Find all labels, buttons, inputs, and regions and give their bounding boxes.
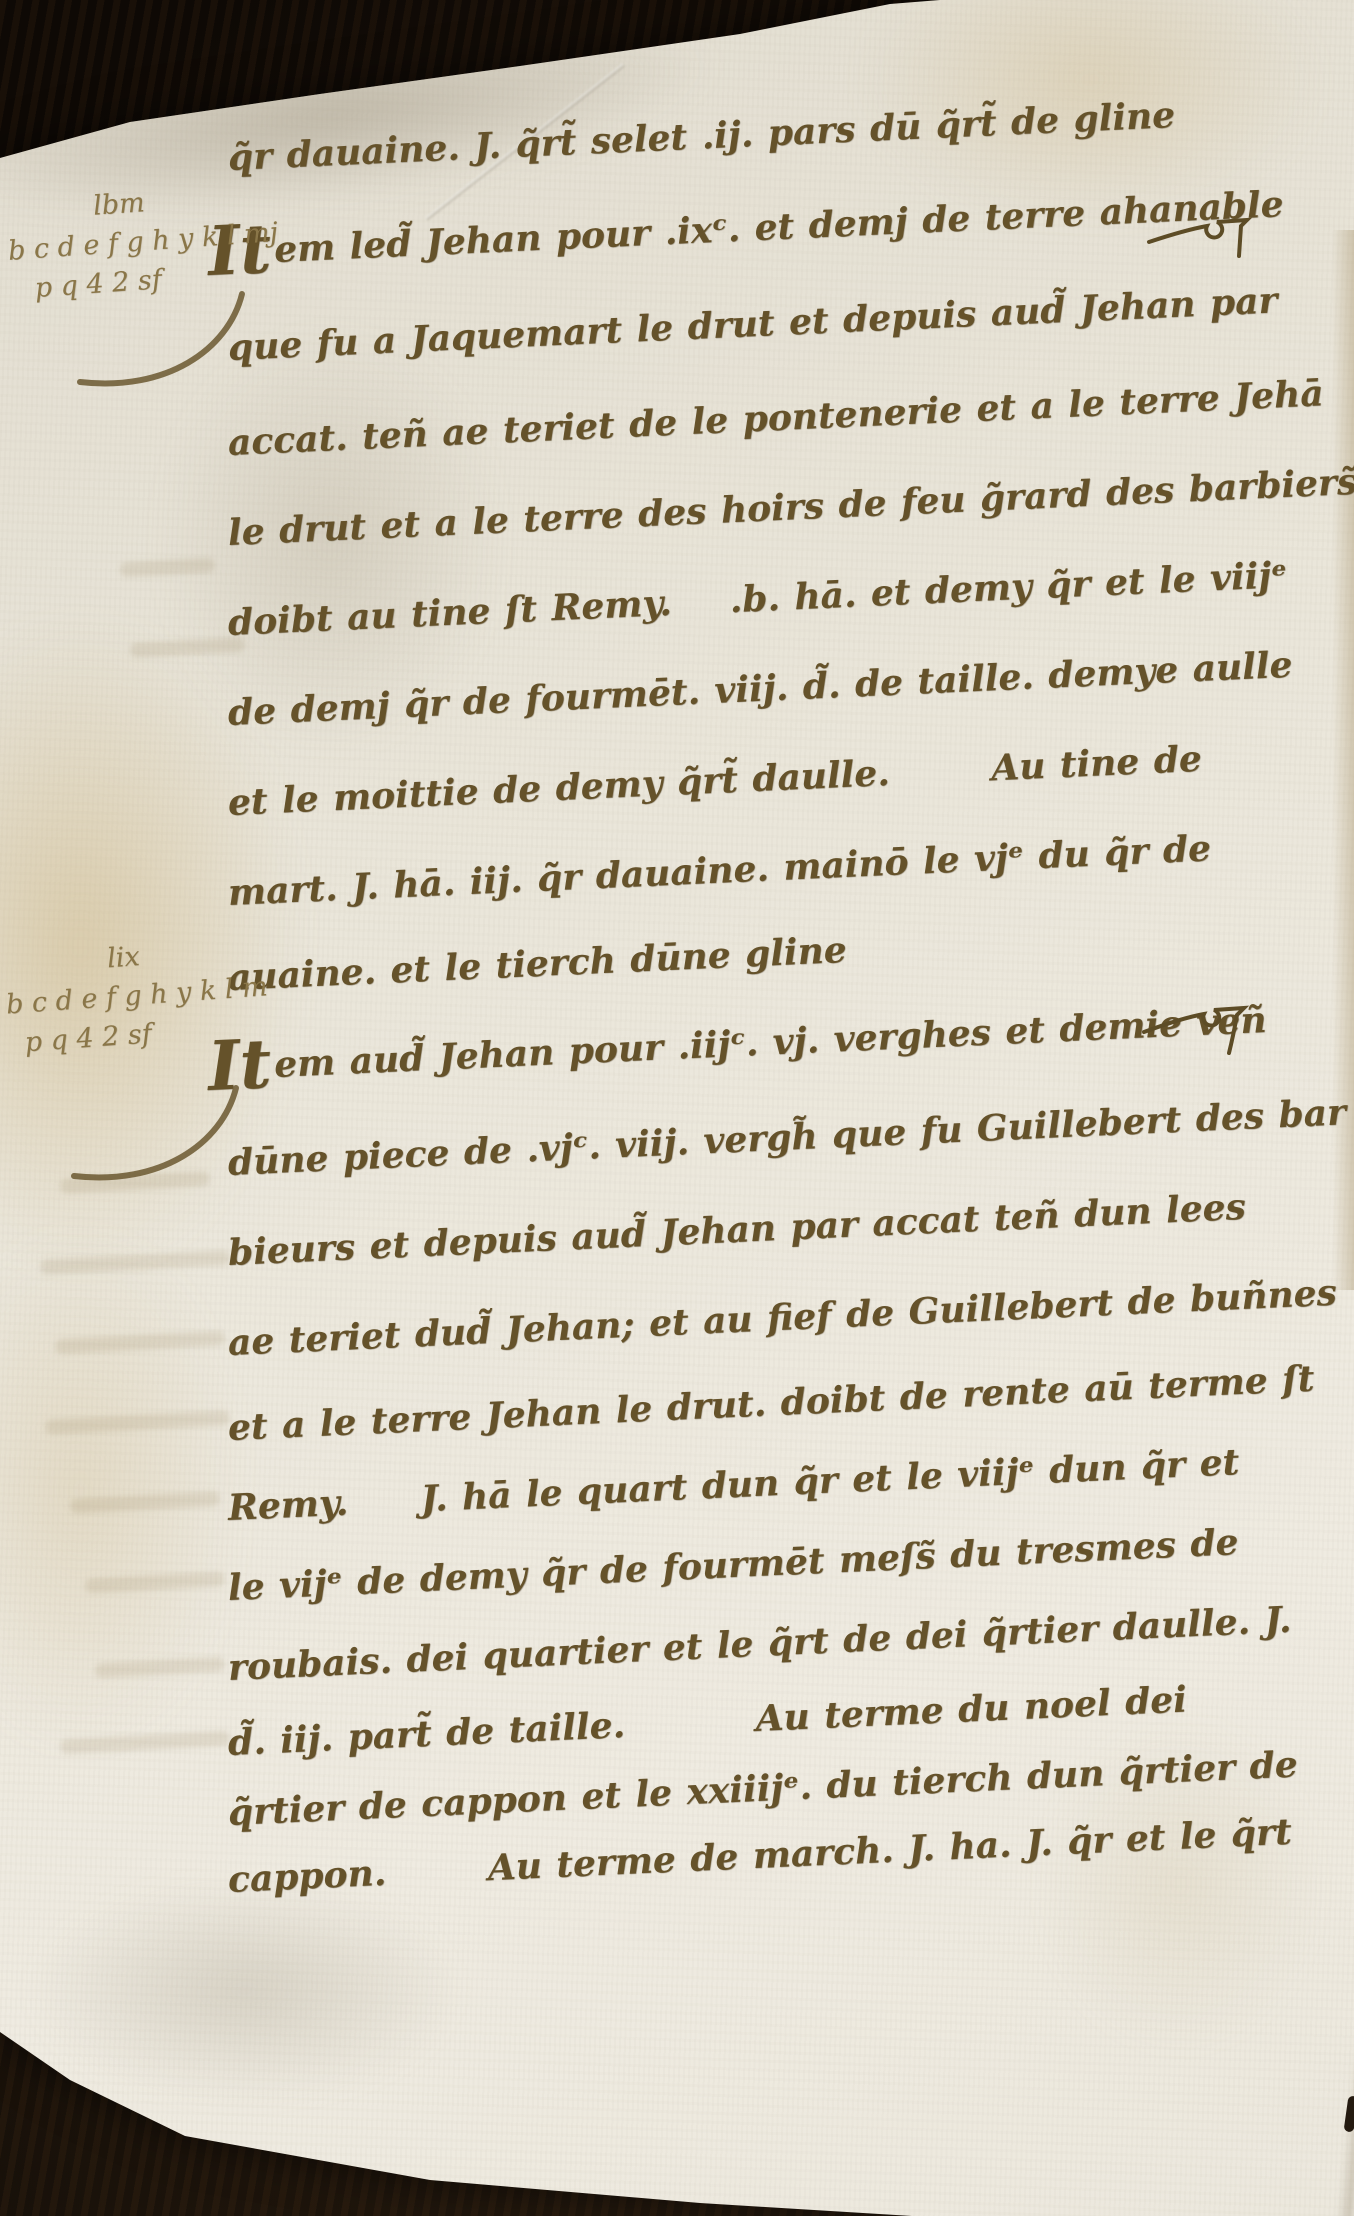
text-line: mart. J. hā. iij. q̃r dauaine. mainō le … [227, 830, 1212, 911]
text-block: q̃r dauaine. J. q̃rt̃ selet .ij. pars dū… [0, 0, 1354, 2216]
line-text: le drut et a le terre des hoirs de feu g… [227, 461, 1354, 554]
margin-note: lixb c d e f g h y k l mp q 4 2 sf [12, 928, 272, 1063]
text-line: de demj q̃r de fourmēt. viij. d̃. de tai… [227, 647, 1293, 731]
text-line: le drut et a le terre des hoirs de feu g… [227, 464, 1354, 551]
line-text: accat. teñ ae teriet de le pontenerie et… [227, 372, 1324, 464]
line-text: em aud̃ Jehan pour .iijᶜ. vj. verghes et… [273, 999, 1267, 1086]
line-text: auaine. et le tierch dūne gline [227, 929, 847, 999]
line-text: dūne piece de .vjᶜ. viij. vergh̃ que fu … [227, 1091, 1347, 1184]
line-text: mart. J. hā. iij. q̃r dauaine. mainō le … [227, 827, 1212, 914]
line-text: de demj q̃r de fourmēt. viij. d̃. de tai… [227, 644, 1293, 734]
text-line: doibt au tine ſt Remy. .b. hā. et demy q… [227, 557, 1288, 641]
photo-background: q̃r dauaine. J. q̃rt̃ selet .ij. pars dū… [0, 0, 1354, 2216]
text-line: bieurs et depuis aud̃ Jehan par accat te… [227, 1189, 1246, 1271]
line-text: em led̃ Jehan pour .ixᶜ. et demj de terr… [273, 183, 1284, 271]
text-line: et le moittie de demy q̃rt̃ daulle. Au t… [227, 741, 1202, 821]
line-text: doibt au tine ſt Remy. .b. hā. et demy q… [227, 554, 1288, 644]
text-line: auaine. et le tierch dūne gline [227, 932, 847, 996]
text-line: Item aud̃ Jehan pour .iijᶜ. vj. verghes … [207, 1002, 1267, 1086]
text-line: et a le terre Jehan le drut. doibt de re… [227, 1361, 1315, 1446]
line-text: ae teriet dud̃ Jehan; et au fief de Guil… [227, 1272, 1338, 1364]
line-text: roubais. dei quartier et le q̃rt de dei … [227, 1599, 1292, 1689]
line-text: le vijᵉ de demy q̃r de fourmēt meſs̃ du … [227, 1521, 1239, 1609]
text-line: ae teriet dud̃ Jehan; et au fief de Guil… [227, 1275, 1337, 1361]
text-line: d̃. iij. part̃ de taille. Au terme du no… [227, 1681, 1187, 1760]
line-text: d̃. iij. part̃ de taille. Au terme du no… [227, 1678, 1188, 1763]
text-line: q̃r dauaine. J. q̃rt̃ selet .ij. pars dū… [227, 97, 1176, 176]
line-text: et a le terre Jehan le drut. doibt de re… [227, 1358, 1315, 1449]
text-line: Item led̃ Jehan pour .ixᶜ. et demj de te… [207, 186, 1284, 271]
text-line: dūne piece de .vjᶜ. viij. vergh̃ que fu … [227, 1094, 1346, 1181]
line-text: Remy. J. hā le quart dun q̃r et le viijᵉ… [227, 1441, 1240, 1529]
text-line: Remy. J. hā le quart dun q̃r et le viijᵉ… [227, 1444, 1240, 1526]
line-text: et le moittie de demy q̃rt̃ daulle. Au t… [227, 738, 1203, 824]
line-text: bieurs et depuis aud̃ Jehan par accat te… [227, 1186, 1247, 1274]
line-text: que fu a Jaquemart le drut et depuis aud… [227, 279, 1278, 369]
manuscript-page: q̃r dauaine. J. q̃rt̃ selet .ij. pars dū… [0, 0, 1354, 2216]
text-line: accat. teñ ae teriet de le pontenerie et… [227, 375, 1324, 461]
text-line: le vijᵉ de demy q̃r de fourmēt meſs̃ du … [227, 1524, 1239, 1606]
margin-note: lbmb c d e f g h y k l mjp q 4 2 sf [18, 174, 282, 309]
text-line: roubais. dei quartier et le q̃rt de dei … [227, 1602, 1292, 1686]
page-shadow: q̃r dauaine. J. q̃rt̃ selet .ij. pars dū… [0, 0, 1354, 2216]
line-text: q̃r dauaine. J. q̃rt̃ selet .ij. pars dū… [227, 94, 1176, 179]
text-line: que fu a Jaquemart le drut et depuis aud… [227, 282, 1278, 366]
